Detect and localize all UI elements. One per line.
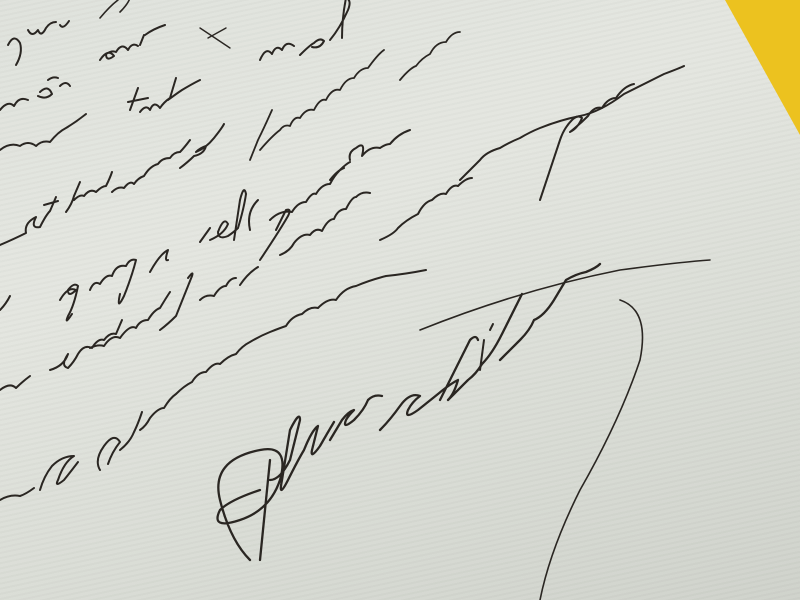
handwriting-ink	[0, 0, 800, 600]
